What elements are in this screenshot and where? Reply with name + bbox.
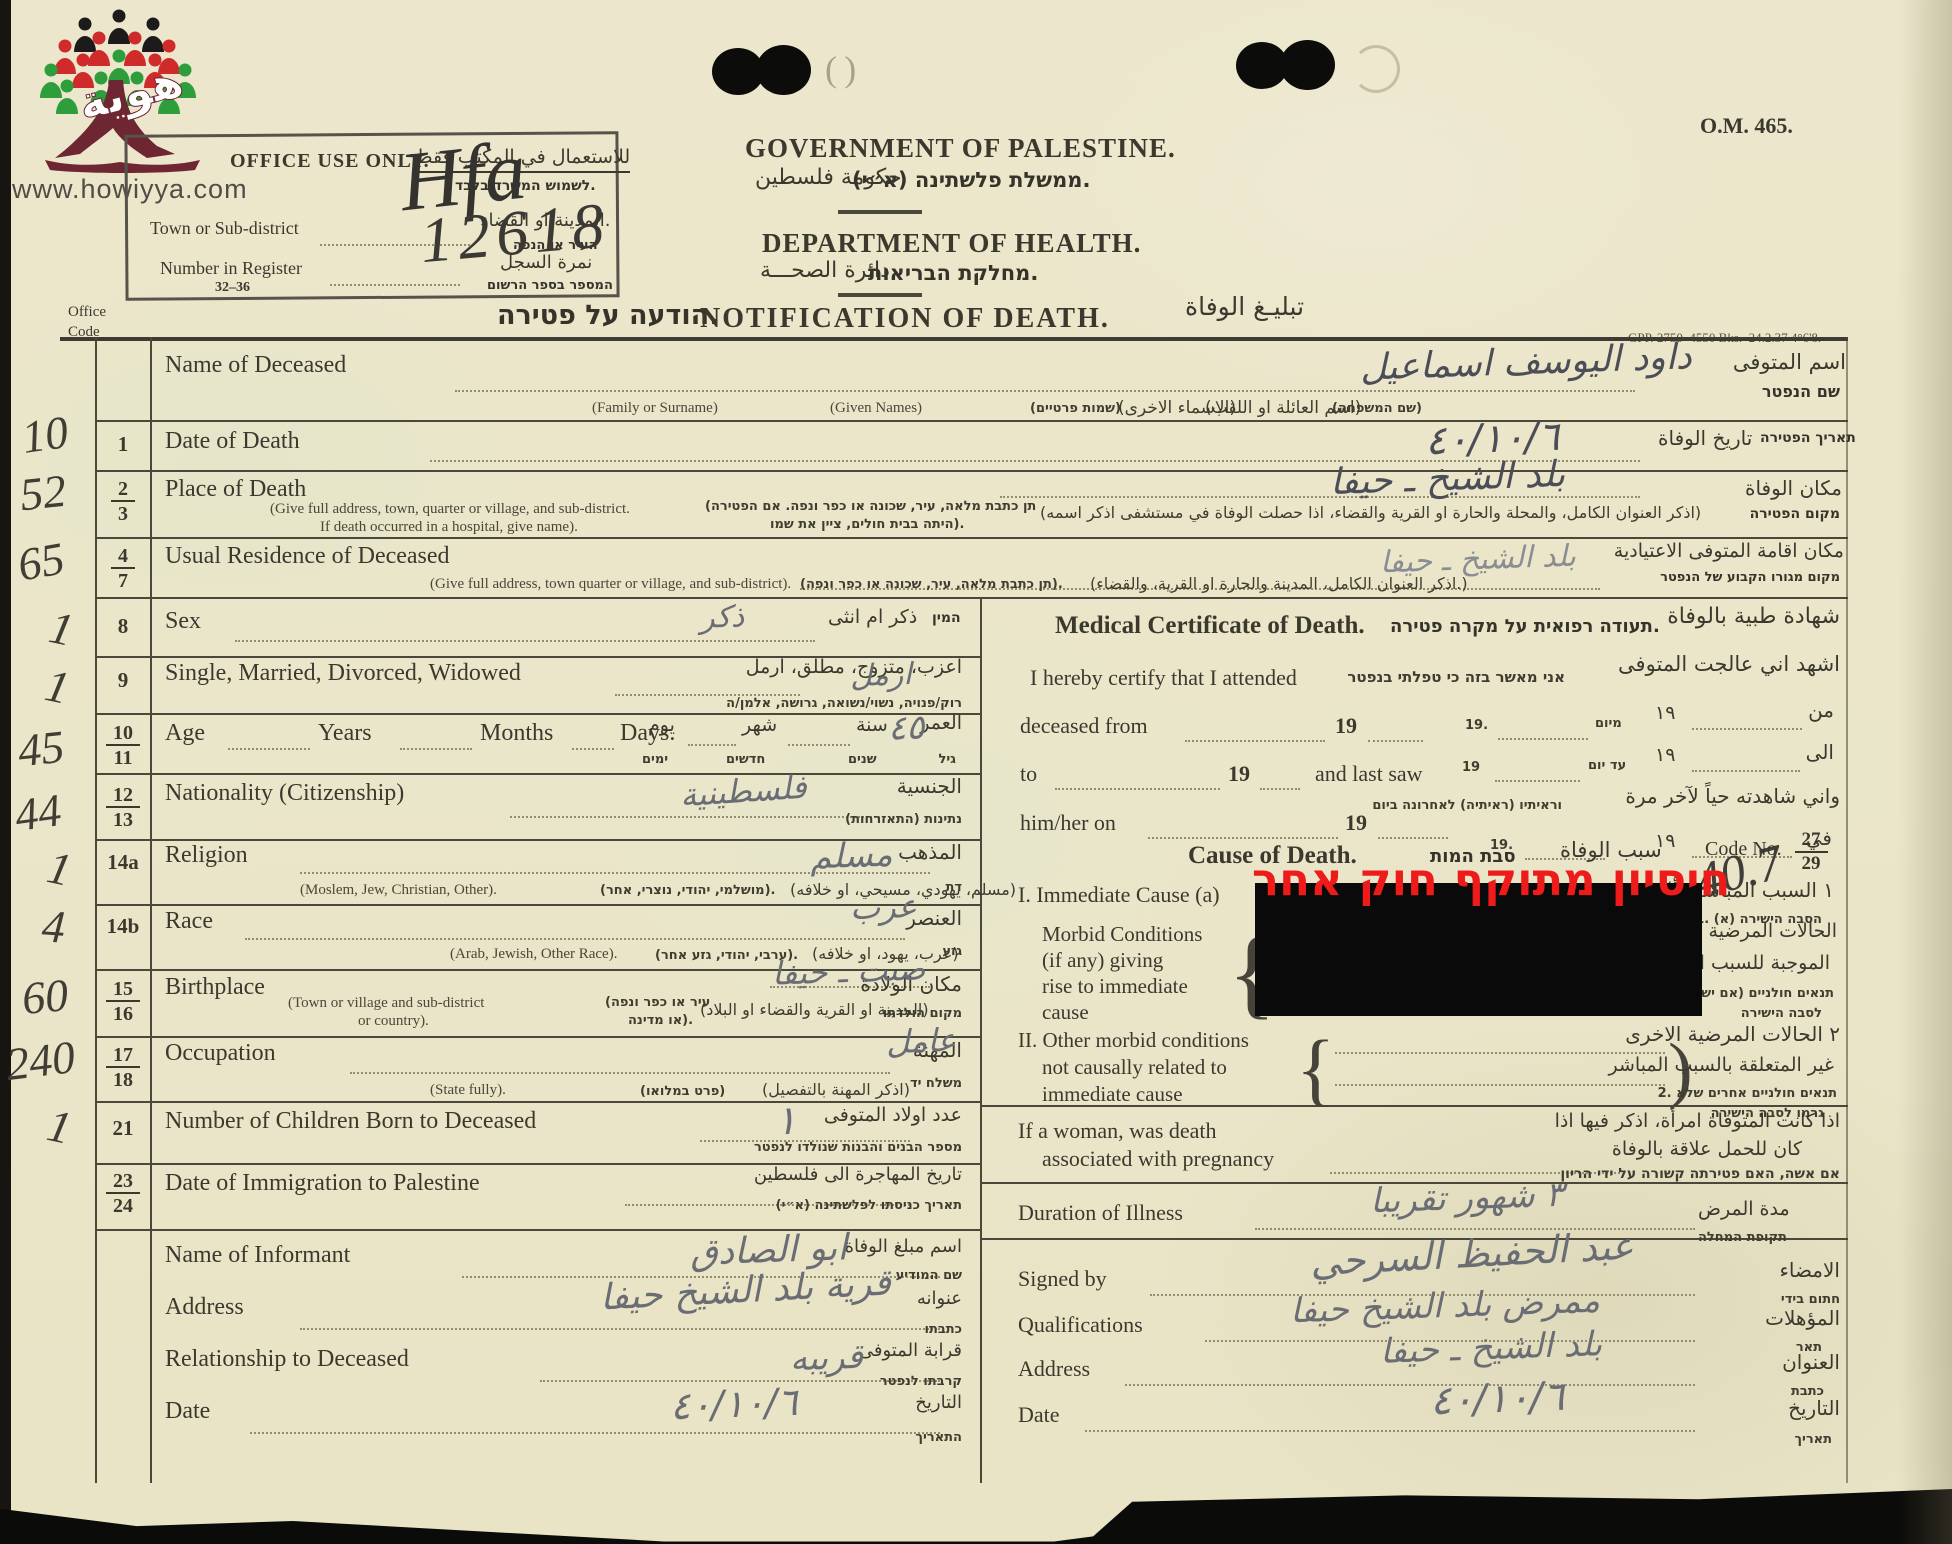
form-title-he: הודעה על פטירה. bbox=[497, 300, 719, 331]
field-age-he: גיל bbox=[938, 752, 956, 767]
last-saw-he: וראיתיו (ראיתיה) לאחרונה ביום bbox=[1372, 798, 1562, 813]
residence-sub-he: (תן כתבת מלאה, עיר, שכונה או כפר ונפה). bbox=[800, 577, 1063, 592]
place-sub-en1: (Give full address, town, quarter or vil… bbox=[270, 501, 630, 518]
signed-by-ar: الامضاء bbox=[1779, 1258, 1840, 1282]
dotted-line bbox=[1378, 837, 1448, 839]
deceased-from-line: deceased from bbox=[1020, 713, 1148, 739]
vertical-line bbox=[1846, 337, 1848, 1483]
medical-certificate-title: Medical Certificate of Death. bbox=[1055, 612, 1365, 640]
sub-family-surname: (Family or Surname) bbox=[592, 400, 718, 417]
row-number-top: 12 bbox=[106, 784, 140, 808]
morbid-line3: rise to immediate bbox=[1042, 974, 1188, 999]
field-relationship-ar: قرابة المتوفى bbox=[859, 1340, 962, 1361]
government-title: GOVERNMENT OF PALESTINE. bbox=[745, 133, 1176, 164]
handwritten-birthplace: صبت ـ حيفا bbox=[771, 949, 926, 992]
field-place-of-death-ar: مكان الوفاة bbox=[1745, 476, 1842, 500]
field-birthplace-he: מקום הולדתו bbox=[883, 1006, 962, 1021]
row-number-bottom: 3 bbox=[100, 502, 146, 525]
age-years-he: שנים bbox=[848, 752, 877, 767]
field-religion-ar: المذهب bbox=[898, 840, 962, 864]
row-number-top: 10 bbox=[106, 722, 140, 746]
occupation-sub-en: (State fully). bbox=[430, 1082, 506, 1099]
row-number-bottom: 24 bbox=[100, 1194, 146, 1217]
row-number-top: 23 bbox=[106, 1170, 140, 1194]
row-number-bottom: 7 bbox=[100, 569, 146, 592]
doctor-address-label: Address bbox=[1018, 1356, 1090, 1382]
row-rule bbox=[95, 1036, 980, 1038]
department-title: DEPARTMENT OF HEALTH. bbox=[762, 228, 1141, 259]
duration-label: Duration of Illness bbox=[1018, 1200, 1183, 1226]
margin-code: 44 bbox=[12, 783, 65, 842]
age-years-label: Years bbox=[318, 720, 372, 747]
row-rule bbox=[95, 470, 1848, 472]
dotted-line bbox=[400, 748, 472, 750]
field-residence-he: מקום מגורו הקבוע של הנפטר bbox=[1660, 570, 1840, 585]
field-age-label: Age bbox=[165, 720, 205, 747]
row-rule bbox=[95, 537, 1848, 539]
row-number-bottom: 11 bbox=[100, 746, 146, 769]
dotted-line bbox=[1692, 728, 1802, 730]
occupation-sub-he: (פרט במלואו) bbox=[640, 1084, 725, 1099]
punch-hole-outline-icon bbox=[1352, 45, 1400, 93]
field-informant-date-label: Date bbox=[165, 1398, 210, 1425]
place-sub-he1: (תן כתבת מלאה, עיר, שכונה או כפר ונפה. א… bbox=[705, 499, 1036, 514]
dotted-line bbox=[1185, 740, 1325, 742]
row-number: 9 bbox=[100, 668, 146, 693]
field-informant-name-he: שם המודיע bbox=[896, 1268, 962, 1283]
age-months-label: Months bbox=[480, 720, 553, 747]
age-years-ar: سنة bbox=[856, 714, 888, 736]
dotted-line bbox=[250, 1432, 940, 1434]
field-date-of-death-ar: تاريخ الوفاة bbox=[1658, 426, 1752, 450]
religion-sub-en: (Moslem, Jew, Christian, Other). bbox=[300, 882, 497, 899]
duration-ar: مدة المرض bbox=[1698, 1198, 1790, 1220]
field-nationality-label: Nationality (Citizenship) bbox=[165, 780, 404, 807]
margin-code: 45 bbox=[15, 720, 66, 778]
vertical-line bbox=[150, 337, 152, 1483]
immediate-cause-label: I. Immediate Cause (a) bbox=[1018, 882, 1220, 908]
morbid-line1: Morbid Conditions bbox=[1042, 922, 1202, 947]
margin-code: 65 bbox=[14, 531, 69, 591]
handwritten-doctor-date: ٤٠/١٠/٦ bbox=[1429, 1374, 1565, 1425]
certify-ar: اشهد اني عالجت المتوفى bbox=[1618, 652, 1840, 676]
margin-code: 10 bbox=[19, 405, 72, 464]
race-sub-en: (Arab, Jewish, Other Race). bbox=[450, 946, 617, 963]
field-race-he: גזע bbox=[942, 944, 962, 959]
field-sex-ar: ذكر ام انثى bbox=[828, 606, 917, 628]
medical-certificate-title-ar: شهادة طبية بالوفاة bbox=[1667, 604, 1840, 629]
sub-given-names: (Given Names) bbox=[830, 400, 922, 417]
dotted-line bbox=[788, 744, 850, 746]
year-19: 19 bbox=[1345, 810, 1367, 836]
field-birthplace-label: Birthplace bbox=[165, 974, 265, 1001]
other-morbid-line1: II. Other morbid conditions bbox=[1018, 1028, 1249, 1053]
field-immigration-ar: تاريخ المهاجرة الى فلسطين bbox=[754, 1164, 962, 1185]
dotted-line bbox=[350, 1072, 890, 1074]
row-number: 21 bbox=[100, 1116, 146, 1141]
row-number: 47 bbox=[100, 545, 146, 592]
certify-he: אני מאשר בזה כי טפלתי בנפטר bbox=[1347, 668, 1565, 686]
place-sub-ar: (اذكر العنوان الكامل، والمحلة والحارة او… bbox=[1040, 503, 1701, 522]
handwritten-signature: عبد الحفيظ السرحي bbox=[1309, 1224, 1635, 1285]
number-in-register-label: Number in Register bbox=[160, 258, 302, 279]
code-no-fraction: 2729 bbox=[1788, 830, 1834, 875]
qualifications-label: Qualifications bbox=[1018, 1312, 1143, 1338]
row-rule bbox=[95, 773, 980, 775]
field-name-label: Name of Deceased bbox=[165, 352, 346, 379]
divider bbox=[838, 210, 922, 214]
year-19-ar: ١٩ bbox=[1655, 744, 1675, 766]
field-residence-label: Usual Residence of Deceased bbox=[165, 543, 450, 570]
row-number-top: 17 bbox=[106, 1044, 140, 1068]
handwritten-children-count: ١ bbox=[774, 1098, 797, 1145]
handwritten-place-of-death: بلد الشيخ ـ حيفا bbox=[1329, 454, 1565, 503]
dotted-line bbox=[228, 748, 310, 750]
scan-bottom-torn-edge bbox=[0, 1480, 1952, 1544]
pregnancy-line1: If a woman, was death bbox=[1018, 1118, 1217, 1144]
dotted-line bbox=[455, 390, 1635, 392]
birthplace-sub-he1: (עיר או כפר ונפה bbox=[605, 995, 710, 1010]
row-rule bbox=[95, 1229, 980, 1231]
field-nationality-he: נתינות (התאזרחות) bbox=[845, 812, 962, 827]
margin-code: 60 bbox=[20, 968, 70, 1025]
birthplace-sub-en1: (Town or village and sub-district bbox=[288, 995, 484, 1012]
pregnancy-he: אם אשה, האם פטירתה קשורה על ידי הריון bbox=[1560, 1166, 1840, 1182]
margin-code: 1 bbox=[45, 600, 79, 657]
row-number-bottom: 18 bbox=[100, 1068, 146, 1091]
place-sub-he2: היתה בבית חולים, ציין את שמו). bbox=[770, 517, 964, 532]
sub-family-he: (שם המשפחה) bbox=[1332, 401, 1422, 416]
field-age-ar: العمر bbox=[920, 712, 962, 734]
form-title: NOTIFICATION OF DEATH. bbox=[700, 303, 1110, 335]
punch-hole-icon bbox=[756, 45, 811, 95]
dotted-line bbox=[1692, 770, 1800, 772]
handwritten-qualifications: ممرض بلد الشيخ حيفا bbox=[1289, 1281, 1600, 1332]
duration-he: תקופת המחלה bbox=[1698, 1230, 1787, 1245]
field-immigration-he: תאריך כניסתו לפלשתינה (א״י) bbox=[776, 1198, 962, 1213]
until-day-he: עד יום bbox=[1588, 758, 1626, 773]
from-ar: من bbox=[1808, 698, 1834, 722]
row-number: 1 bbox=[100, 432, 146, 457]
and-last-saw: and last saw bbox=[1315, 761, 1423, 787]
handwritten-sex: ذكر bbox=[699, 599, 744, 636]
curly-brace: { bbox=[1296, 1022, 1335, 1116]
margin-code: 1 bbox=[43, 1098, 77, 1155]
field-residence-ar: مكان اقامة المتوفى الاعتيادية bbox=[1614, 540, 1844, 562]
number-in-register-he: המספר בספר הרשום bbox=[487, 278, 613, 293]
row-number: 8 bbox=[100, 614, 146, 639]
pregnancy-ar2: كان للحمل علاقة بالوفاة bbox=[1612, 1138, 1802, 1160]
dotted-line bbox=[1495, 780, 1580, 782]
row-number-bottom: 16 bbox=[100, 1002, 146, 1025]
field-nationality-ar: الجنسية bbox=[897, 774, 962, 798]
year-19-he: 19 bbox=[1462, 760, 1480, 775]
him-her-line: him/her on bbox=[1020, 810, 1116, 836]
field-children-label: Number of Children Born to Deceased bbox=[165, 1108, 536, 1135]
residence-sub-en: (Give full address, town quarter or vill… bbox=[430, 576, 791, 593]
religion-sub-he: (מושלמי, יהודי, נוצרי, אחר). bbox=[600, 883, 775, 898]
doctor-date-label: Date bbox=[1018, 1402, 1060, 1428]
margin-code: 52 bbox=[17, 464, 68, 522]
punch-hole-icon bbox=[1280, 40, 1335, 90]
form-title-ar: تبليـغ الوفاة bbox=[1185, 292, 1304, 321]
other-morbid-ar1: ٢ الحالات المرضية الاخرى bbox=[1625, 1022, 1840, 1046]
doctor-date-he: תאריך bbox=[1794, 1432, 1832, 1447]
field-informant-date-ar: التاريخ bbox=[915, 1392, 962, 1413]
dotted-line bbox=[510, 816, 880, 818]
redaction-stamp-text: חיסיון מתוקף חוק אחר bbox=[1252, 853, 1702, 906]
handwritten-informant-address: قرية بلد الشيخ حيفا bbox=[599, 1262, 892, 1318]
year-19-ar: ١٩ bbox=[1655, 702, 1675, 724]
field-relationship-label: Relationship to Deceased bbox=[165, 1346, 409, 1373]
dotted-line bbox=[330, 284, 460, 286]
scan-right-shadow bbox=[1898, 0, 1952, 1544]
sub-given-he: (שמות פרטיים) bbox=[1030, 401, 1121, 416]
row-rule bbox=[95, 420, 1848, 422]
field-children-ar: عدد اولاد المتوفى bbox=[824, 1104, 962, 1126]
age-days-ar: يوم bbox=[648, 714, 675, 736]
dotted-line bbox=[1260, 788, 1300, 790]
handwritten-age: ٤٥ bbox=[887, 707, 925, 748]
from-day-he: מיום bbox=[1595, 716, 1622, 731]
birthplace-sub-en2: or country). bbox=[358, 1013, 429, 1030]
dotted-line bbox=[1335, 1084, 1665, 1086]
age-months-ar: شهر bbox=[742, 714, 777, 736]
code-no-top: 27 bbox=[1795, 830, 1828, 853]
field-race-label: Race bbox=[165, 908, 213, 935]
dotted-line bbox=[1085, 1430, 1695, 1432]
dotted-line bbox=[235, 640, 815, 642]
field-date-of-death-label: Date of Death bbox=[165, 428, 300, 455]
place-sub-en2: If death occurred in a hospital, give na… bbox=[320, 519, 578, 536]
field-occupation-he: משלח יד bbox=[910, 1076, 962, 1091]
field-informant-address-label: Address bbox=[165, 1294, 244, 1321]
vertical-line bbox=[95, 337, 97, 1483]
dotted-line bbox=[300, 1328, 940, 1330]
dotted-line bbox=[1368, 740, 1423, 742]
birthplace-sub-he2: או מדינה). bbox=[628, 1013, 693, 1028]
morbid-line4: cause bbox=[1042, 1000, 1089, 1025]
handwritten-informant-date: ٤٠/١٠/٦ bbox=[669, 1380, 798, 1428]
qualifications-ar: المؤهلات bbox=[1765, 1306, 1840, 1330]
medical-certificate-title-he: תעודה רפואית על מקרה פטירה. bbox=[1390, 616, 1660, 637]
row-number: 14b bbox=[100, 914, 146, 939]
dotted-line bbox=[1148, 837, 1338, 839]
field-place-of-death-label: Place of Death bbox=[165, 476, 306, 503]
field-informant-name-label: Name of Informant bbox=[165, 1242, 350, 1269]
scan-left-edge bbox=[0, 0, 11, 1544]
last-saw-ar: واني شاهدته حياً لآخر مرة bbox=[1625, 784, 1840, 808]
punch-hole-outline-icon: ( ) bbox=[825, 48, 856, 90]
age-days-he: ימים bbox=[642, 752, 668, 767]
government-title-he: ממשלת פלשתינה (א״י). bbox=[852, 168, 1090, 192]
other-morbid-ar2: غير المتعلقة بالسبب المباشر bbox=[1609, 1054, 1835, 1076]
field-relationship-he: קרבתו לנפטר bbox=[880, 1374, 962, 1389]
morbid-he2: לסבה הישירה bbox=[1741, 1006, 1822, 1021]
signed-by-label: Signed by bbox=[1018, 1266, 1107, 1292]
field-marital-he: רוק/פנויה, נשוי/נשואה, גרושה, אלמן/ה bbox=[726, 696, 962, 711]
handwritten-doctor-address: بلد الشيخ ـ حيفا bbox=[1379, 1324, 1602, 1372]
margin-code: 1 bbox=[43, 840, 77, 897]
field-name-label-he: שם הנפטר bbox=[1762, 382, 1840, 401]
field-informant-address-ar: عنوانه bbox=[917, 1288, 962, 1309]
year-19: 19 bbox=[1335, 713, 1357, 739]
age-months-he: חדשים bbox=[726, 752, 765, 767]
to-line: to bbox=[1020, 761, 1037, 787]
field-occupation-label: Occupation bbox=[165, 1040, 276, 1067]
occupation-sub-ar: (اذكر المهنة بالتفصيل) bbox=[762, 1080, 910, 1099]
field-date-of-death-he: תאריך הפטירה bbox=[1760, 430, 1856, 446]
other-morbid-line3: immediate cause bbox=[1042, 1082, 1183, 1107]
doctor-address-ar: العنوان bbox=[1782, 1350, 1840, 1374]
row-number-top: 2 bbox=[111, 478, 135, 502]
row-number-top: 15 bbox=[106, 978, 140, 1002]
row-number: 23 bbox=[100, 478, 146, 525]
handwritten-religion: مسلم bbox=[809, 835, 893, 878]
field-name-label-ar: اسم المتوفى bbox=[1733, 350, 1846, 374]
row-number-bottom: 13 bbox=[100, 808, 146, 831]
vertical-line bbox=[980, 597, 982, 1483]
handwritten-duration: ٣ شهور تقريبا bbox=[1369, 1175, 1564, 1222]
morbid-he1: תנאים חולניים (אם ישנם) bbox=[1680, 986, 1834, 1001]
pregnancy-line2: associated with pregnancy bbox=[1042, 1146, 1274, 1172]
row-rule bbox=[95, 1101, 980, 1103]
handwritten-residence: بلد الشيخ ـ حيفا bbox=[1379, 539, 1576, 581]
handwritten-nationality: فلسطينية bbox=[679, 768, 808, 815]
morbid-line2: (if any) giving bbox=[1042, 948, 1163, 973]
field-place-of-death-he: מקום הפטירה bbox=[1750, 506, 1840, 522]
row-number-top: 4 bbox=[111, 545, 135, 569]
other-morbid-line2: not causally related to bbox=[1042, 1055, 1227, 1080]
field-informant-name-ar: اسم مبلغ الوفاة bbox=[845, 1236, 962, 1257]
code-no-bottom: 29 bbox=[1788, 853, 1834, 875]
field-sex-he: המין bbox=[932, 610, 961, 626]
certify-line: I hereby certify that I attended bbox=[1030, 665, 1297, 691]
row-number: 1213 bbox=[100, 784, 146, 831]
row-number: 2324 bbox=[100, 1170, 146, 1217]
register-range: 32–36 bbox=[215, 280, 250, 296]
row-number: 1718 bbox=[100, 1044, 146, 1091]
handwritten-race: عرب bbox=[849, 887, 917, 927]
handwritten-marital: ارمل bbox=[849, 657, 912, 694]
row-rule bbox=[95, 597, 1848, 599]
margin-code: 4 bbox=[40, 899, 67, 953]
dotted-line bbox=[1498, 738, 1588, 740]
row-rule bbox=[95, 713, 980, 715]
field-religion-label: Religion bbox=[165, 842, 248, 869]
margin-code: 240 bbox=[3, 1030, 78, 1091]
office-code-line1: Office bbox=[68, 304, 106, 320]
field-sex-label: Sex bbox=[165, 608, 201, 635]
row-number: 1011 bbox=[100, 722, 146, 769]
to-ar: الى bbox=[1806, 740, 1834, 764]
row-number: 1516 bbox=[100, 978, 146, 1025]
year-19-he: 19. bbox=[1465, 718, 1488, 733]
dotted-line bbox=[688, 744, 736, 746]
row-number: 14a bbox=[100, 850, 146, 875]
field-immigration-label: Date of Immigration to Palestine bbox=[165, 1170, 480, 1197]
handwritten-occupation: عامل bbox=[885, 1021, 957, 1061]
field-informant-address-he: כתבתו bbox=[924, 1322, 962, 1337]
field-marital-label: Single, Married, Divorced, Widowed bbox=[165, 660, 521, 687]
handwritten-deceased-name: داود اليوسف اسماعيل bbox=[1359, 336, 1692, 389]
row-rule bbox=[95, 904, 980, 906]
divider bbox=[838, 293, 922, 297]
dotted-line bbox=[1000, 496, 1640, 498]
year-19: 19 bbox=[1228, 761, 1250, 787]
margin-code: 1 bbox=[41, 658, 75, 715]
scanned-death-notification-form: هوية www.howiyya.com ( ) O.M. 465. GPP. … bbox=[0, 0, 1952, 1544]
handwritten-relationship: قريبه bbox=[789, 1337, 863, 1380]
field-informant-date-he: התאריך bbox=[916, 1430, 962, 1445]
dotted-line bbox=[1055, 788, 1220, 790]
dotted-line bbox=[1125, 1384, 1695, 1386]
signed-by-he: חתום בידי bbox=[1781, 1292, 1840, 1307]
dotted-line bbox=[245, 938, 905, 940]
department-title-he: מחלקת הבריאות. bbox=[868, 261, 1038, 285]
doctor-date-ar: التاريخ bbox=[1788, 1396, 1840, 1420]
other-morbid-he1: 2. תנאים חולניים אחרים שלא bbox=[1658, 1086, 1837, 1101]
town-subdistrict-label: Town or Sub-district bbox=[150, 218, 299, 239]
pregnancy-ar1: اذا كانت المتوفاة امرأة، اذكر فيها اذا bbox=[1555, 1110, 1840, 1132]
form-reference-number: O.M. 465. bbox=[1700, 113, 1793, 139]
field-religion-he: דת bbox=[945, 880, 962, 895]
dotted-line bbox=[572, 748, 614, 750]
